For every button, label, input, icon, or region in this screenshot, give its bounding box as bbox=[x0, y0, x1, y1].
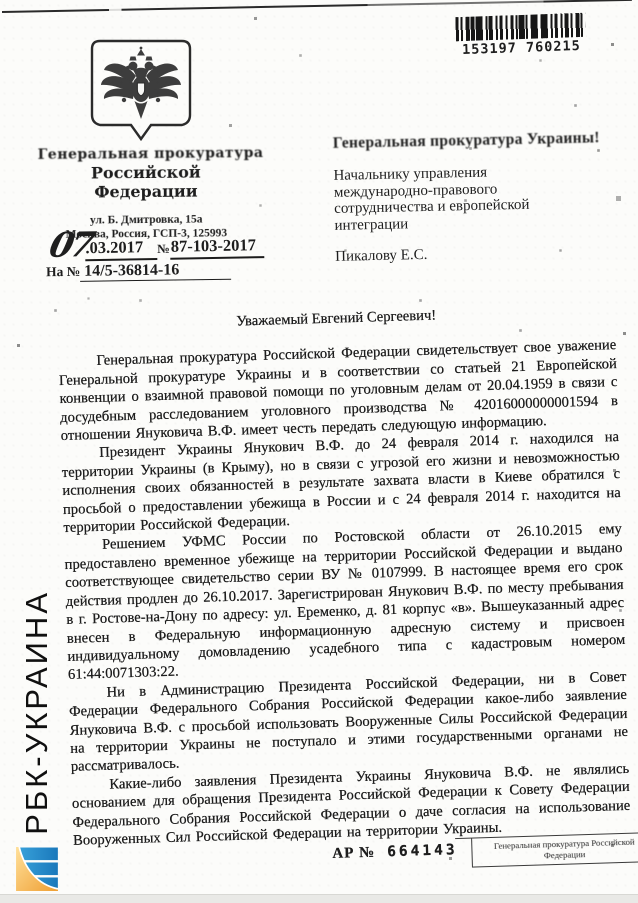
watermark-text: РБК-УКРАИНА bbox=[19, 590, 55, 835]
ap-number: АР №664143 bbox=[332, 841, 458, 863]
barcode: 153197 760215 bbox=[455, 13, 586, 60]
ap-value: 664143 bbox=[387, 842, 458, 860]
recipient-title: Начальнику управления международно-право… bbox=[333, 162, 608, 234]
letterhead-org-line1: Генеральная прокуратура bbox=[38, 145, 254, 163]
scan-edge-line bbox=[2, 0, 632, 13]
rbc-ukraine-watermark: РБК-УКРАИНА bbox=[16, 590, 58, 891]
registration-stamp: Генеральная прокуратура Российской Федер… bbox=[471, 832, 638, 868]
reference-number-line: На №14/5-36814-16 bbox=[46, 261, 232, 282]
letter-paragraph-2: Президент Украины Янукович В.Ф. до 24 фе… bbox=[61, 428, 622, 537]
letterhead-org-line2: Российской Федерации bbox=[38, 162, 254, 202]
scanned-letter-page: Генеральная прокуратура Российской Федер… bbox=[0, 0, 638, 903]
letter-paragraph-1: Генеральная прокуратура Российской Федер… bbox=[58, 336, 619, 445]
letter-paragraph-4: Ни в Администрацию Президента Российской… bbox=[68, 668, 629, 777]
letter-paragraph-3: Решением УФМС России по Ростовской облас… bbox=[64, 520, 626, 684]
ap-label: АР № bbox=[332, 845, 375, 862]
barcode-digits: 153197 760215 bbox=[460, 38, 583, 58]
rbc-logo-icon bbox=[16, 847, 58, 891]
recipient-name: Пикалову Е.С. bbox=[335, 243, 609, 266]
number-sign: № bbox=[157, 242, 170, 256]
scan-bottom-edge bbox=[0, 894, 638, 903]
handwritten-date-day: 07 bbox=[47, 230, 95, 261]
barcode-bars bbox=[455, 13, 586, 42]
letter-body: Уважаемый Евгений Сергеевич! Генеральная… bbox=[57, 301, 632, 883]
salutation: Уважаемый Евгений Сергеевич! bbox=[57, 301, 615, 336]
scan-noise bbox=[0, 0, 1, 1]
recipient-organization: Генеральная прокуратура Украины! bbox=[333, 129, 607, 153]
reference-number: 14/5-36814-16 bbox=[80, 261, 231, 282]
date-number-line: 07.03.2017№87-103-2017 bbox=[50, 224, 264, 259]
outgoing-number: 87-103-2017 bbox=[170, 235, 265, 260]
russia-coat-of-arms-icon bbox=[88, 36, 194, 148]
recipient-block: Генеральная прокуратура Украины! Начальн… bbox=[333, 129, 610, 266]
date-printed: .03.2017 bbox=[85, 237, 157, 261]
reference-label: На № bbox=[46, 264, 80, 279]
